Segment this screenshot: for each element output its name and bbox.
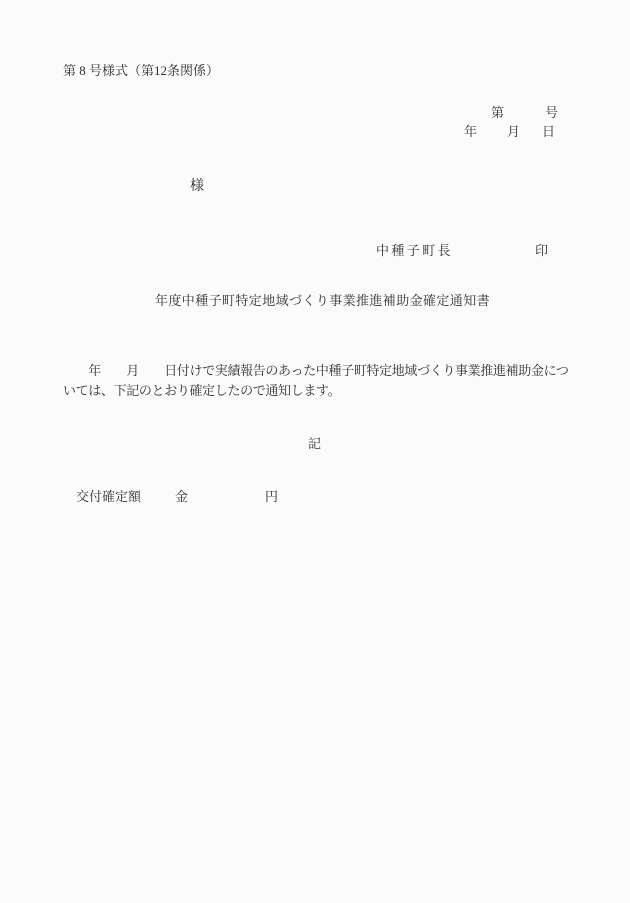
amount-unit: 円 (265, 490, 278, 503)
record-section-marker: 記 (308, 437, 321, 450)
body-paragraph: 年 月 日付けで実績報告のあった中種子町特定地域づくり事業推進補助金につ いては… (63, 361, 588, 400)
addressee-honorific: 様 (190, 180, 204, 194)
doc-number-prefix: 第 (491, 106, 504, 119)
doc-number-suffix: 号 (545, 106, 558, 119)
seal-placeholder: 印 (535, 244, 548, 257)
form-number: 第 8 号様式（第12条関係） (63, 64, 219, 77)
body-line-1: 年 月 日付けで実績報告のあった中種子町特定地域づくり事業推進補助金につ (63, 361, 588, 381)
date-month-label: 月 (507, 125, 520, 138)
date-day-label: 日 (542, 125, 555, 138)
document-page: 第 8 号様式（第12条関係） 第 号 年 月 日 様 中種子町長 印 年度中種… (0, 0, 630, 903)
issuer-title: 中種子町長 (376, 244, 453, 257)
document-title: 年度中種子町特定地域づくり事業推進補助金確定通知書 (155, 294, 490, 307)
date-year-label: 年 (464, 125, 477, 138)
amount-currency-prefix: 金 (175, 490, 188, 503)
body-line-2: いては、下記のとおり確定したので通知します。 (63, 381, 588, 401)
amount-label: 交付確定額 (76, 490, 141, 503)
